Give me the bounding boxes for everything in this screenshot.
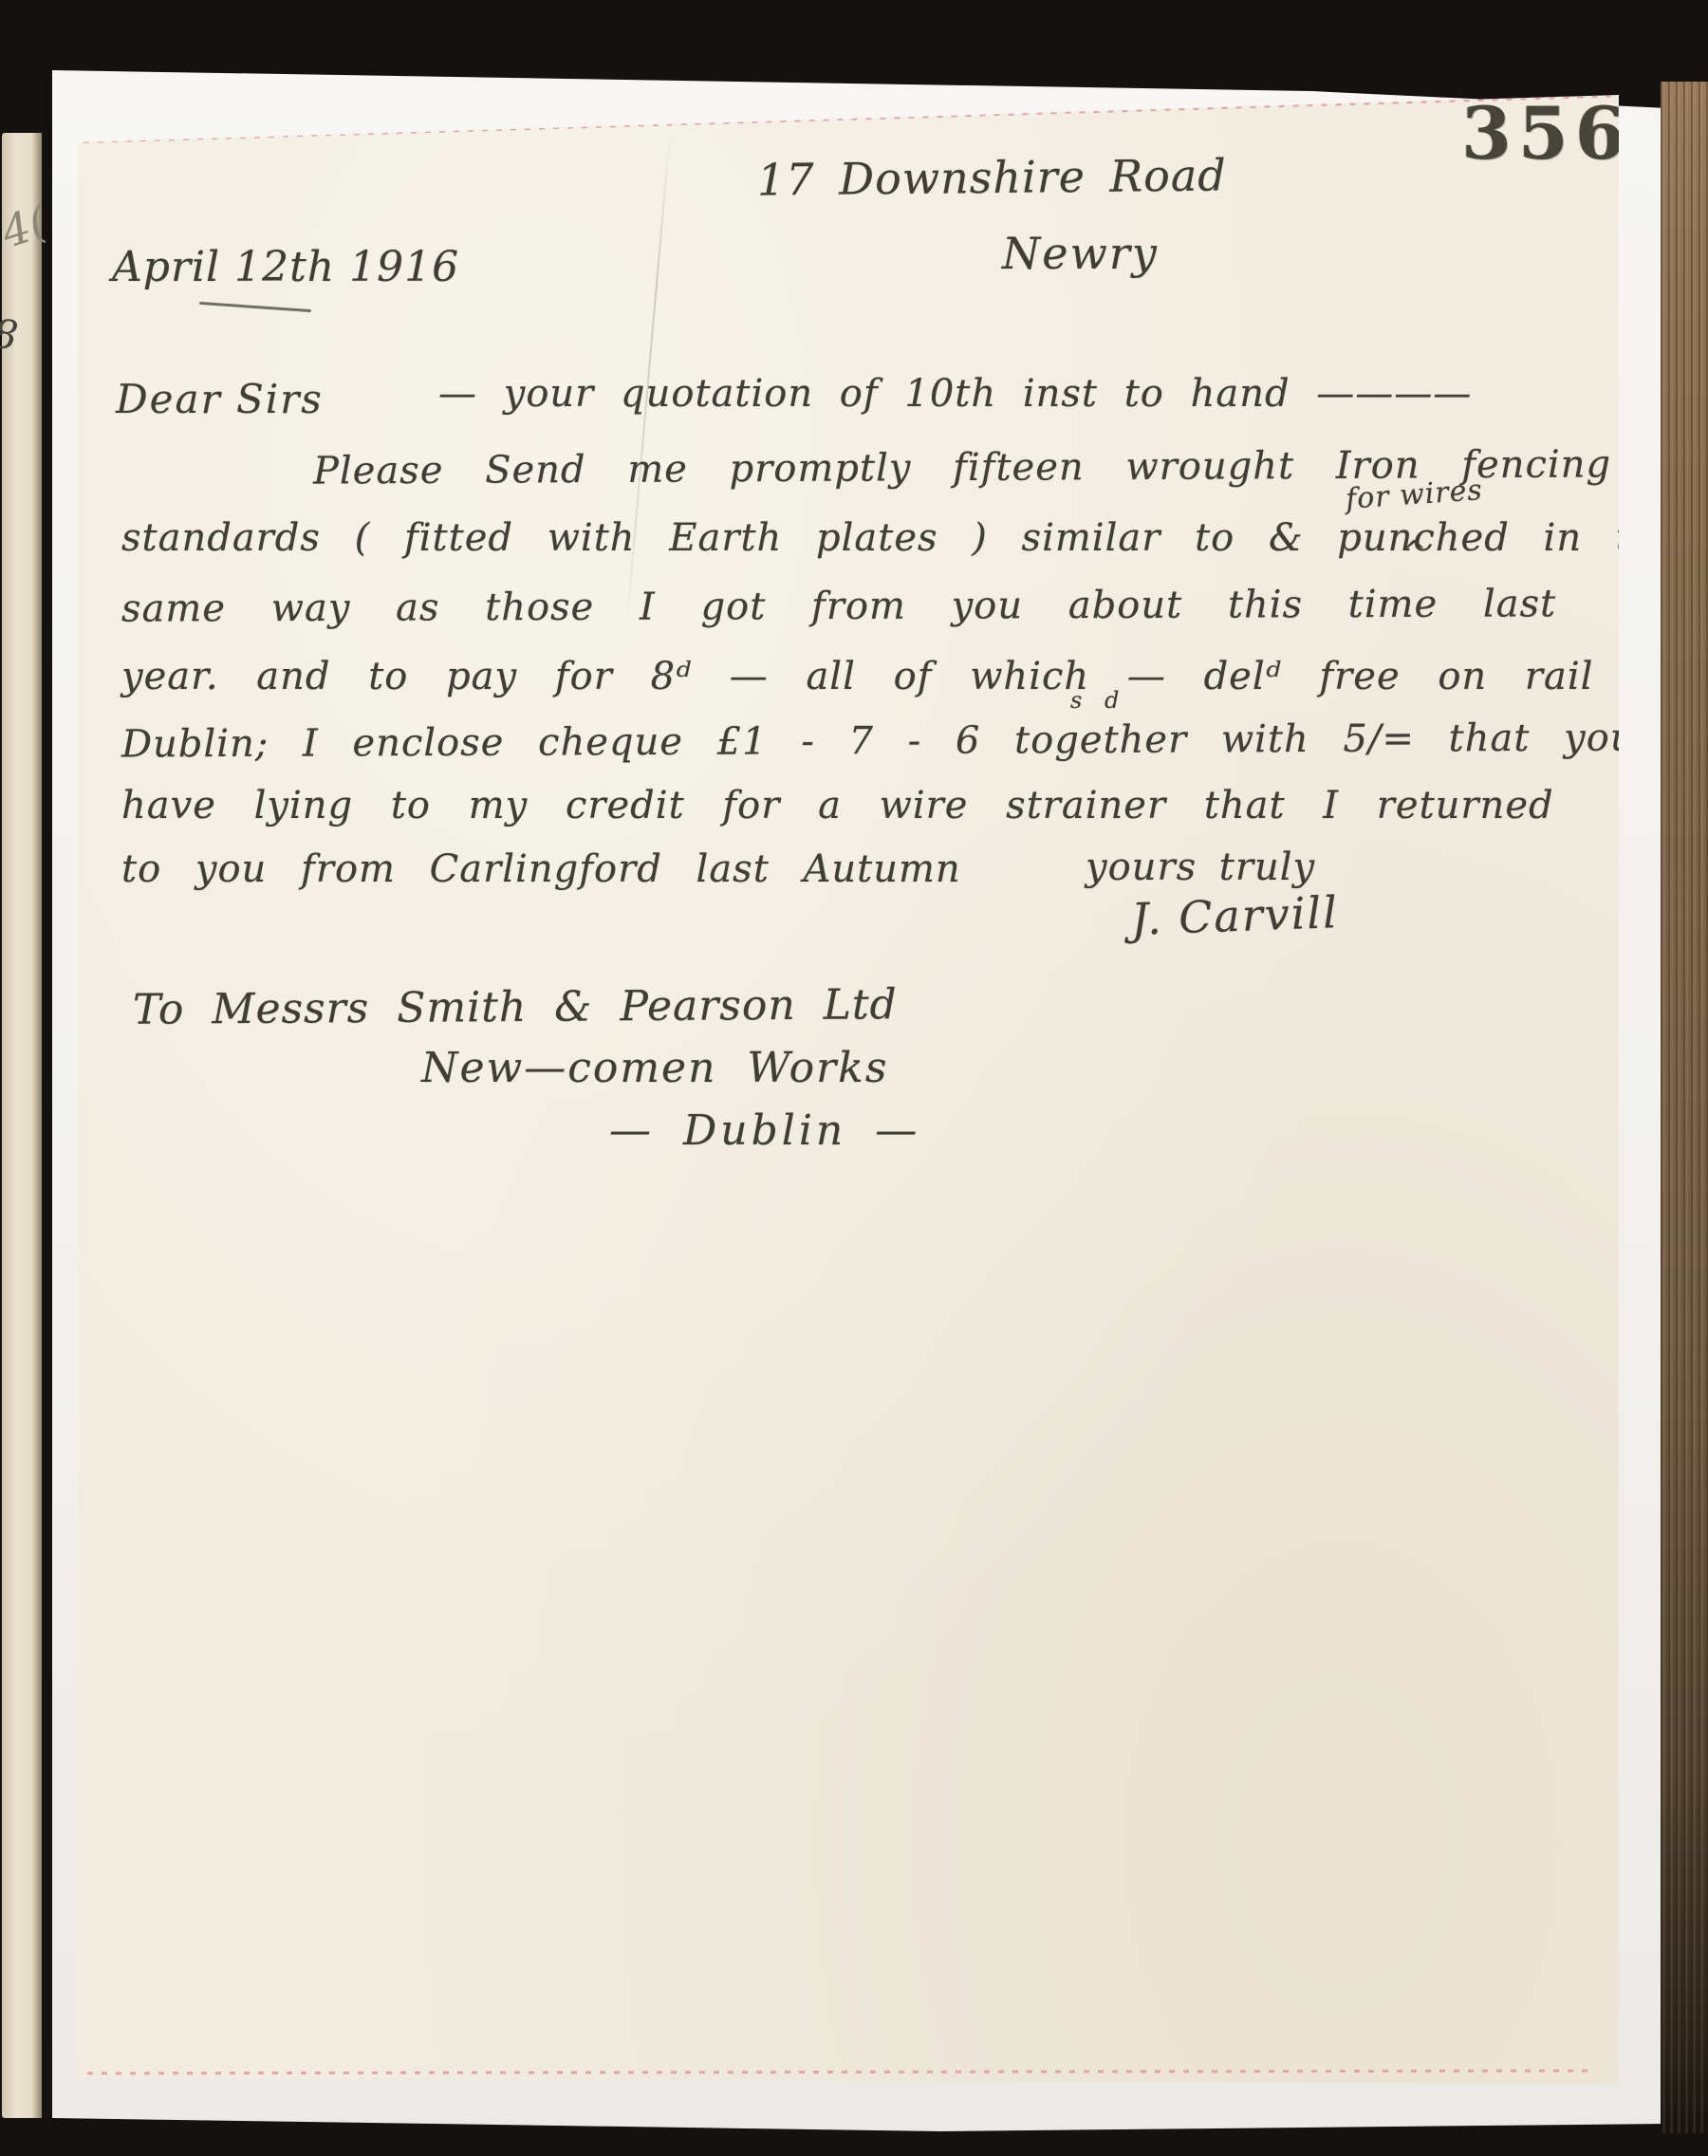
body-line: standards ( fitted with Earth plates ) s… — [121, 516, 1680, 560]
signature: J. Carvill — [1130, 886, 1340, 945]
body-line: have lying to my credit for a wire strai… — [121, 784, 1554, 827]
facing-page-edge: 4( 8 — [2, 133, 42, 2118]
recipient-line1: To Messrs Smith & Pearson Ltd — [133, 980, 898, 1034]
shillings-pence-superscript: s d — [1070, 687, 1126, 714]
recipient-line3: — Dublin — — [609, 1106, 920, 1155]
folio-number-stamp: 356 — [1461, 91, 1632, 176]
salutation: Dear Sirs — [116, 376, 324, 422]
letter-page: 356 17 Downshire Road Newry April 12th 1… — [78, 91, 1619, 2084]
body-line: Dublin; I enclose cheque £1 - 7 - 6 toge… — [121, 716, 1636, 767]
valediction: yours truly — [1086, 846, 1315, 889]
insertion-caret: ^ — [1402, 535, 1426, 568]
book-page-block-edge — [1661, 82, 1708, 2133]
recipient-line2: New—comen Works — [421, 1044, 888, 1092]
pencil-marginalia: 8 — [0, 309, 21, 359]
letter-date: April 12th 1916 — [112, 243, 459, 291]
pencil-marginalia: 4( — [0, 195, 53, 258]
page-edge-dotted-line-bottom — [87, 2070, 1596, 2075]
date-underline-flourish — [199, 302, 311, 312]
sender-address-line1: 17 Downshire Road — [757, 149, 1227, 205]
body-line: to you from Carlingford last Autumn — [121, 847, 961, 891]
opening-line: — your quotation of 10th inst to hand ——… — [438, 372, 1472, 416]
body-line: year. and to pay for 8ᵈ — all of which —… — [121, 655, 1593, 698]
sender-address-line2: Newry — [1002, 228, 1159, 279]
body-line: same way as those I got from you about t… — [121, 582, 1556, 630]
